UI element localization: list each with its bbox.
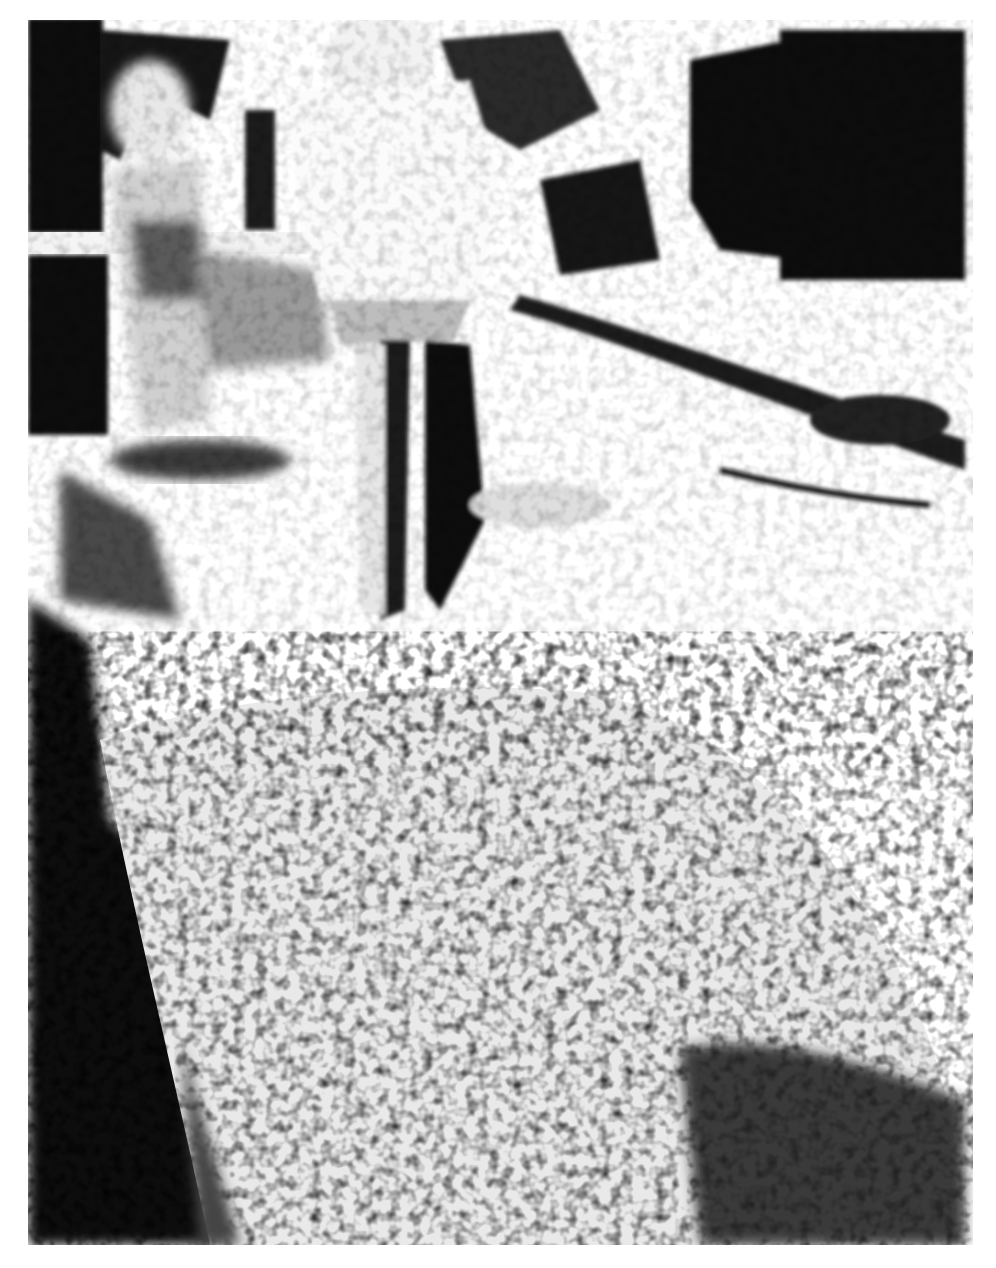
- print-bottom-edge: [0, 1245, 996, 1268]
- photograph: [0, 0, 996, 1268]
